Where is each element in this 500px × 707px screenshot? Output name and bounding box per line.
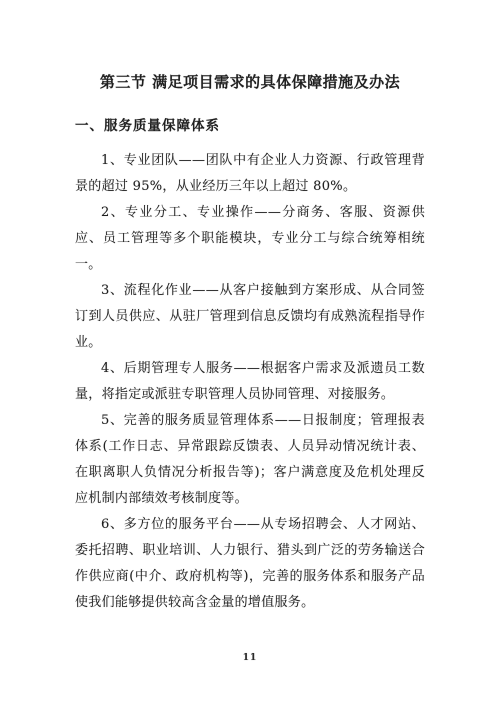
paragraph-service-platform: 6、多方位的服务平台——从专场招聘会、人才网站、委托招聘、职业培训、人力银行、猎… <box>75 512 425 616</box>
page-number: 11 <box>0 653 500 663</box>
paragraph-process-operations: 3、流程化作业——从客户接触到方案形成、从合同签订到人员供应、从驻厂管理到信息反… <box>75 278 425 356</box>
paragraph-professional-team: 1、专业团队——团队中有企业人力资源、行政管理背景的超过 95%，从业经历三年以… <box>75 148 425 200</box>
paragraph-professional-division: 2、专业分工、专业操作——分商务、客服、资源供应、员工管理等多个职能模块，专业分… <box>75 200 425 278</box>
document-body: 1、专业团队——团队中有企业人力资源、行政管理背景的超过 95%，从业经历三年以… <box>75 148 425 616</box>
page-title: 第三节 满足项目需求的具体保障措施及办法 <box>0 0 500 92</box>
section-heading: 一、服务质量保障体系 <box>75 118 425 135</box>
document-page: 第三节 满足项目需求的具体保障措施及办法 一、服务质量保障体系 1、专业团队——… <box>0 0 500 707</box>
paragraph-later-management: 4、后期管理专人服务——根据客户需求及派遗员工数量，将指定或派驻专职管理人员协同… <box>75 356 425 408</box>
paragraph-quality-management-system: 5、完善的服务质显管理体系——日报制度；管理报表体系(工作日志、异常跟踪反馈表、… <box>75 408 425 512</box>
